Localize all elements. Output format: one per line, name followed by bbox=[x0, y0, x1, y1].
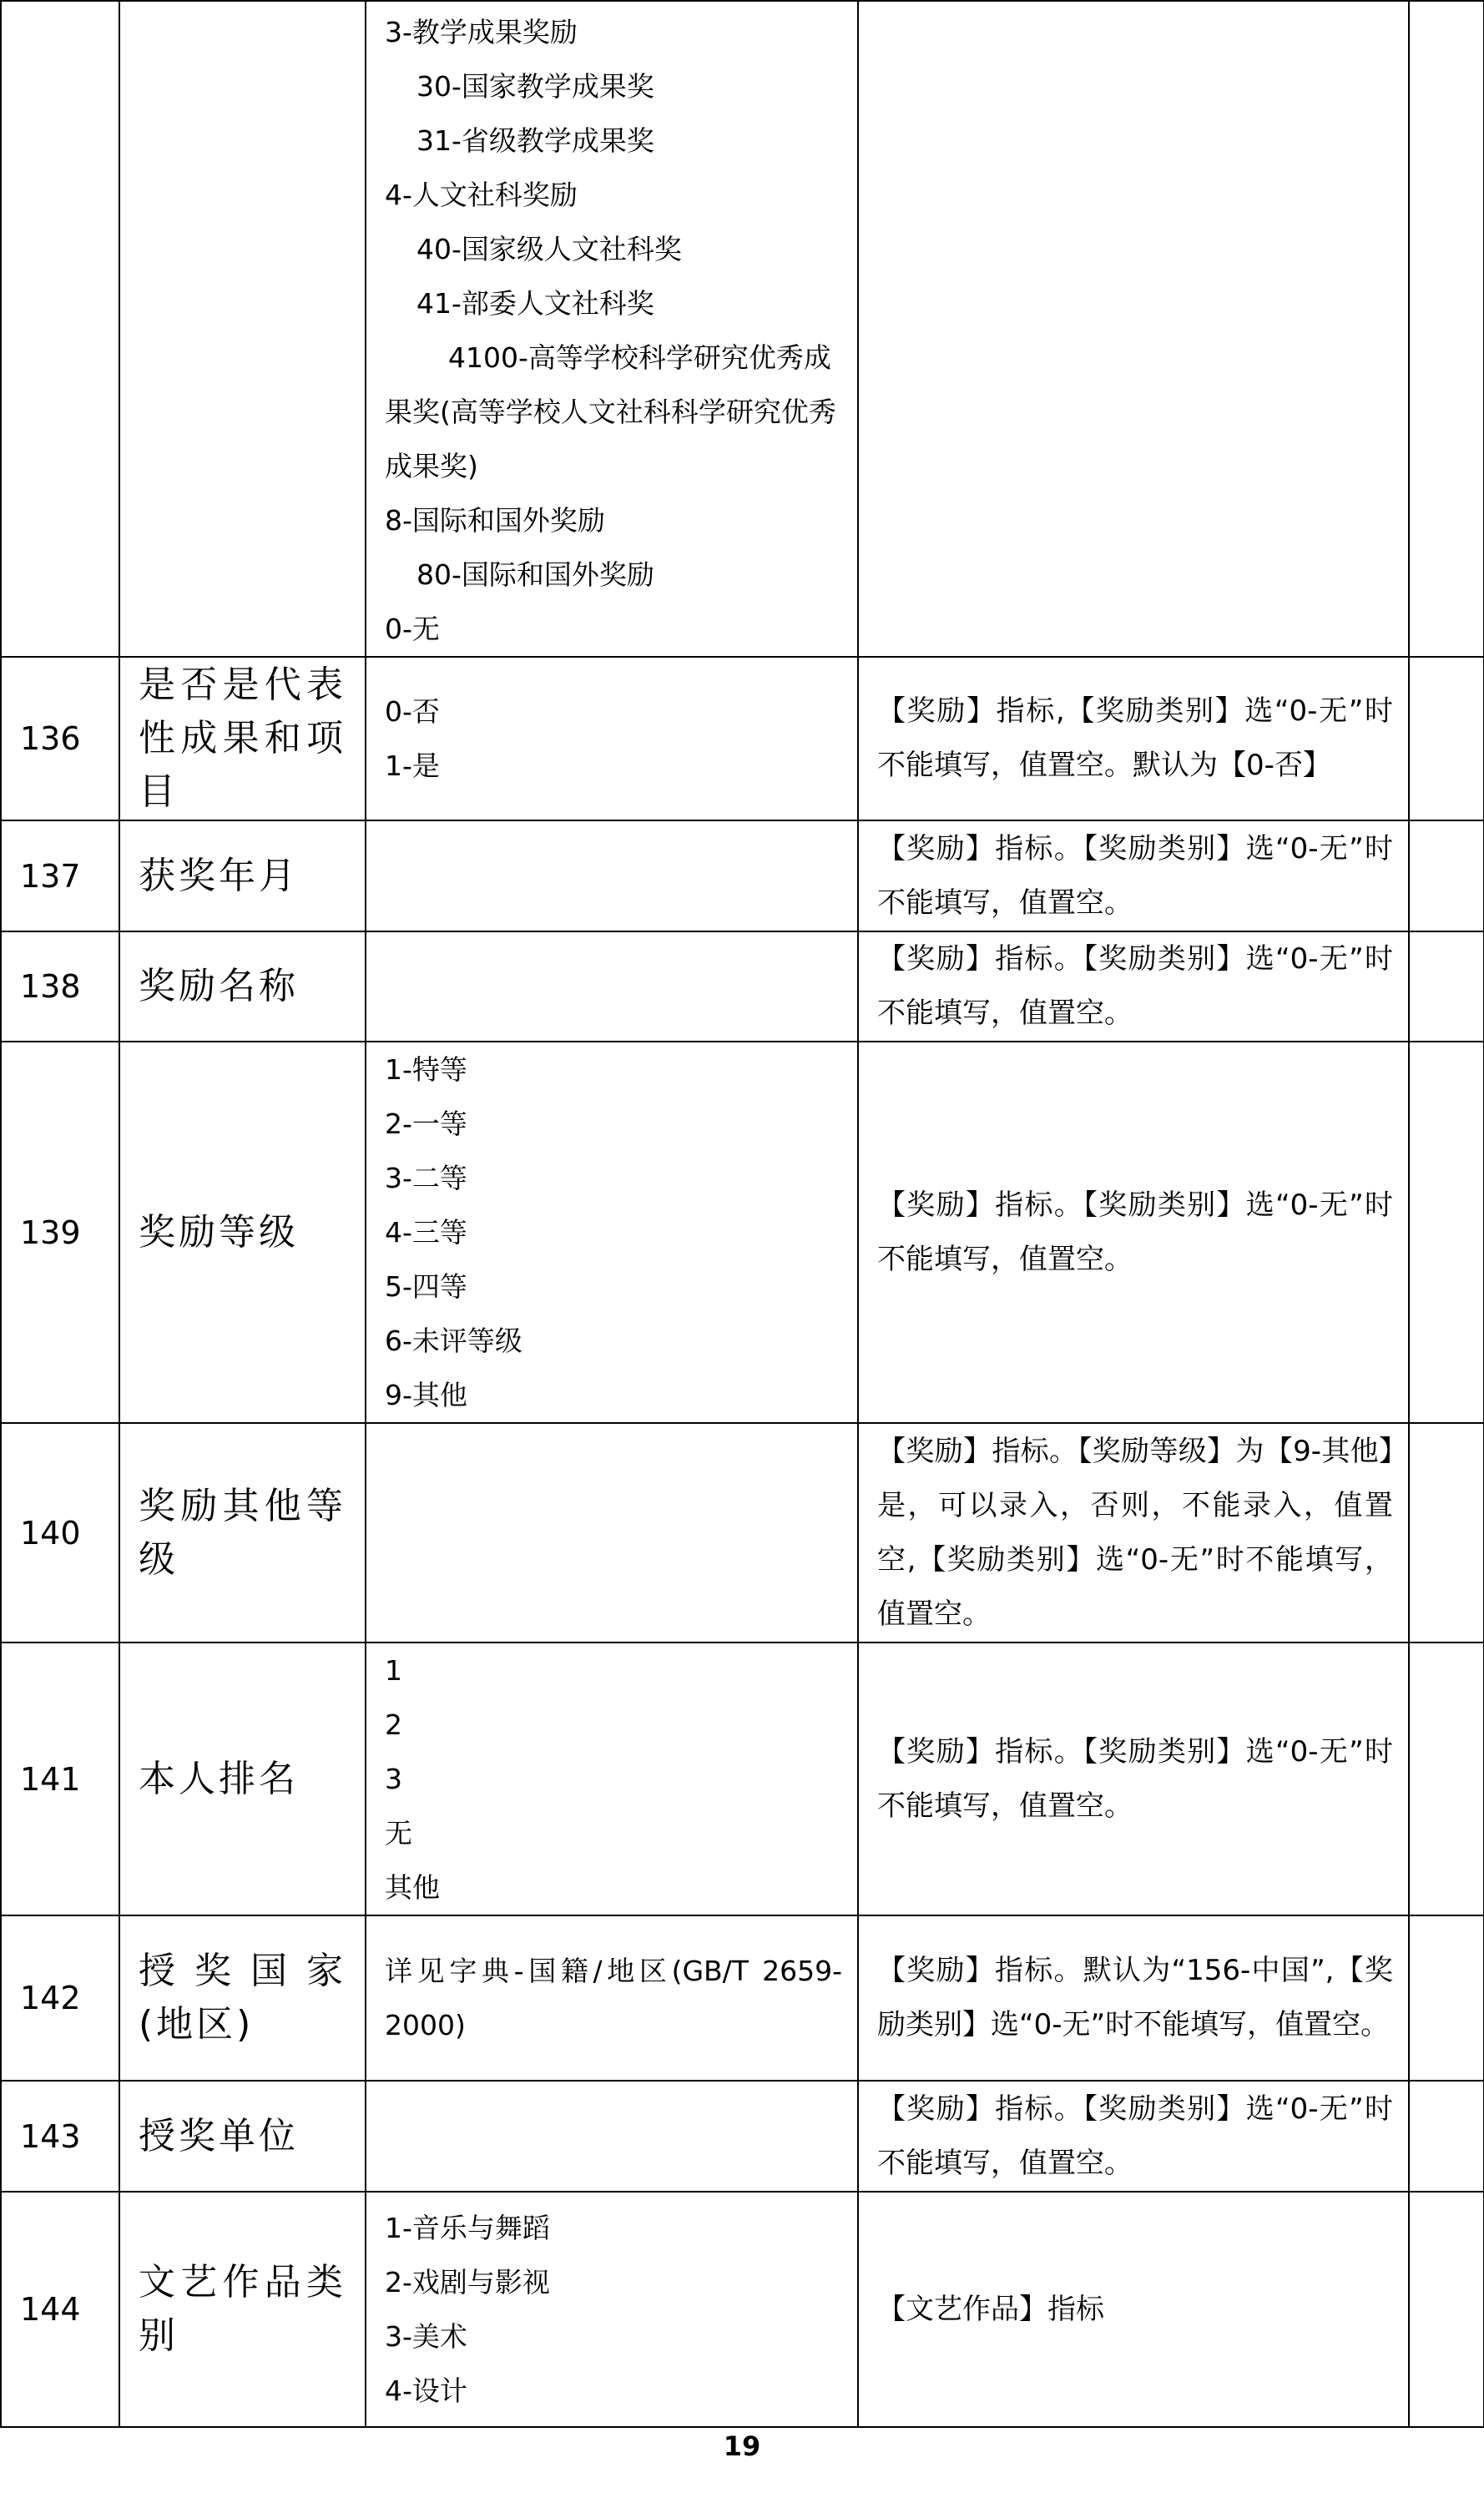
option-item: 40-国家级人文社科奖 bbox=[385, 222, 842, 276]
cell-name: 获奖年月 bbox=[119, 820, 366, 931]
option-item: 1-是 bbox=[385, 739, 842, 793]
cell-extra bbox=[1409, 657, 1484, 820]
option-item: 31-省级教学成果奖 bbox=[385, 114, 842, 168]
cell-number: 144 bbox=[1, 2192, 119, 2427]
cell-name: 授奖国家(地区) bbox=[119, 1915, 366, 2081]
option-item: 4-人文社科奖励 bbox=[385, 168, 842, 222]
option-item: 0-无 bbox=[385, 602, 842, 656]
cell-extra bbox=[1409, 1, 1484, 657]
cell-name bbox=[119, 1, 366, 657]
cell-options: 详见字典-国籍/地区(GB/T 2659-2000) bbox=[366, 1915, 858, 2081]
option-item: 6-未评等级 bbox=[385, 1314, 842, 1368]
option-item: 30-国家教学成果奖 bbox=[385, 59, 842, 114]
cell-note: 【奖励】指标。【奖励类别】选“0-无”时不能填写，值置空。 bbox=[858, 1042, 1409, 1423]
cell-note: 【奖励】指标。【奖励类别】选“0-无”时不能填写，值置空。 bbox=[858, 1643, 1409, 1915]
cell-extra bbox=[1409, 1915, 1484, 2081]
table-row: 136 是否是代表性成果和项目 0-否 1-是 【奖励】指标,【奖励类别】选“0… bbox=[1, 657, 1484, 820]
option-item: 2-一等 bbox=[385, 1097, 842, 1151]
cell-extra bbox=[1409, 1643, 1484, 1915]
option-item: 8-国际和国外奖励 bbox=[385, 493, 842, 548]
cell-number: 143 bbox=[1, 2081, 119, 2192]
option-item: 4-三等 bbox=[385, 1205, 842, 1259]
table-row: 140 奖励其他等级 【奖励】指标。【奖励等级】为【9-其他】是，可以录入，否则… bbox=[1, 1423, 1484, 1643]
cell-note: 【奖励】指标。【奖励类别】选“0-无”时不能填写，值置空。 bbox=[858, 820, 1409, 931]
cell-options: 1 2 3 无 其他 bbox=[366, 1643, 858, 1915]
option-item: 详见字典-国籍/地区(GB/T 2659-2000) bbox=[385, 1944, 842, 2052]
cell-number: 142 bbox=[1, 1915, 119, 2081]
cell-options bbox=[366, 1423, 858, 1643]
cell-note: 【文艺作品】指标 bbox=[858, 2192, 1409, 2427]
table-row: 138 奖励名称 【奖励】指标。【奖励类别】选“0-无”时不能填写，值置空。 bbox=[1, 931, 1484, 1042]
cell-extra bbox=[1409, 931, 1484, 1042]
option-item: 4-设计 bbox=[385, 2364, 842, 2418]
cell-options bbox=[366, 931, 858, 1042]
cell-name: 授奖单位 bbox=[119, 2081, 366, 2192]
cell-options: 0-否 1-是 bbox=[366, 657, 858, 820]
cell-number: 140 bbox=[1, 1423, 119, 1643]
table-row: 139 奖励等级 1-特等 2-一等 3-二等 4-三等 5-四等 6-未评等级… bbox=[1, 1042, 1484, 1423]
option-item: 0-否 bbox=[385, 684, 842, 739]
option-item: 无 bbox=[385, 1806, 842, 1860]
cell-note: 【奖励】指标,【奖励类别】选“0-无”时不能填写，值置空。默认为【0-否】 bbox=[858, 657, 1409, 820]
cell-extra bbox=[1409, 1423, 1484, 1643]
cell-number: 139 bbox=[1, 1042, 119, 1423]
option-item: 2 bbox=[385, 1698, 842, 1752]
option-item: 3-教学成果奖励 bbox=[385, 5, 842, 59]
cell-extra bbox=[1409, 2192, 1484, 2427]
cell-name: 文艺作品类别 bbox=[119, 2192, 366, 2427]
cell-name: 是否是代表性成果和项目 bbox=[119, 657, 366, 820]
option-item: 1-特等 bbox=[385, 1042, 842, 1097]
cell-extra bbox=[1409, 2081, 1484, 2192]
cell-number bbox=[1, 1, 119, 657]
option-item: 3-二等 bbox=[385, 1151, 842, 1205]
cell-note: 【奖励】指标。【奖励类别】选“0-无”时不能填写，值置空。 bbox=[858, 2081, 1409, 2192]
page-number: 19 bbox=[0, 2430, 1484, 2462]
option-item: 1-音乐与舞蹈 bbox=[385, 2201, 842, 2255]
option-item: 1 bbox=[385, 1643, 842, 1698]
cell-options bbox=[366, 820, 858, 931]
cell-number: 141 bbox=[1, 1643, 119, 1915]
cell-extra bbox=[1409, 1042, 1484, 1423]
table-row-continued: 3-教学成果奖励 30-国家教学成果奖 31-省级教学成果奖 4-人文社科奖励 … bbox=[1, 1, 1484, 657]
cell-number: 137 bbox=[1, 820, 119, 931]
option-item: 3 bbox=[385, 1752, 842, 1806]
option-item: 9-其他 bbox=[385, 1368, 842, 1422]
table-row: 144 文艺作品类别 1-音乐与舞蹈 2-戏剧与影视 3-美术 4-设计 【文艺… bbox=[1, 2192, 1484, 2427]
table-row: 137 获奖年月 【奖励】指标。【奖励类别】选“0-无”时不能填写，值置空。 bbox=[1, 820, 1484, 931]
option-item: 2-戏剧与影视 bbox=[385, 2255, 842, 2309]
cell-extra bbox=[1409, 820, 1484, 931]
cell-note: 【奖励】指标。【奖励等级】为【9-其他】是，可以录入，否则，不能录入，值置空,【… bbox=[858, 1423, 1409, 1643]
cell-note bbox=[858, 1, 1409, 657]
option-item: 5-四等 bbox=[385, 1259, 842, 1314]
option-item: 3-美术 bbox=[385, 2309, 842, 2364]
data-dictionary-table: 3-教学成果奖励 30-国家教学成果奖 31-省级教学成果奖 4-人文社科奖励 … bbox=[0, 0, 1484, 2428]
table-row: 142 授奖国家(地区) 详见字典-国籍/地区(GB/T 2659-2000) … bbox=[1, 1915, 1484, 2081]
cell-number: 136 bbox=[1, 657, 119, 820]
table-row: 143 授奖单位 【奖励】指标。【奖励类别】选“0-无”时不能填写，值置空。 bbox=[1, 2081, 1484, 2192]
cell-name: 奖励等级 bbox=[119, 1042, 366, 1423]
cell-note: 【奖励】指标。默认为“156-中国”,【奖励类别】选“0-无”时不能填写，值置空… bbox=[858, 1915, 1409, 2081]
cell-name: 奖励名称 bbox=[119, 931, 366, 1042]
option-item: 41-部委人文社科奖 bbox=[385, 276, 842, 331]
option-item: 4100-高等学校科学研究优秀成果奖(高等学校人文社科科学研究优秀成果奖) bbox=[385, 331, 842, 493]
cell-name: 奖励其他等级 bbox=[119, 1423, 366, 1643]
cell-options bbox=[366, 2081, 858, 2192]
table-row: 141 本人排名 1 2 3 无 其他 【奖励】指标。【奖励类别】选“0-无”时… bbox=[1, 1643, 1484, 1915]
cell-name: 本人排名 bbox=[119, 1643, 366, 1915]
option-item: 80-国际和国外奖励 bbox=[385, 548, 842, 602]
cell-options: 1-音乐与舞蹈 2-戏剧与影视 3-美术 4-设计 bbox=[366, 2192, 858, 2427]
cell-options: 3-教学成果奖励 30-国家教学成果奖 31-省级教学成果奖 4-人文社科奖励 … bbox=[366, 1, 858, 657]
option-item: 其他 bbox=[385, 1860, 842, 1915]
cell-number: 138 bbox=[1, 931, 119, 1042]
cell-note: 【奖励】指标。【奖励类别】选“0-无”时不能填写，值置空。 bbox=[858, 931, 1409, 1042]
cell-options: 1-特等 2-一等 3-二等 4-三等 5-四等 6-未评等级 9-其他 bbox=[366, 1042, 858, 1423]
